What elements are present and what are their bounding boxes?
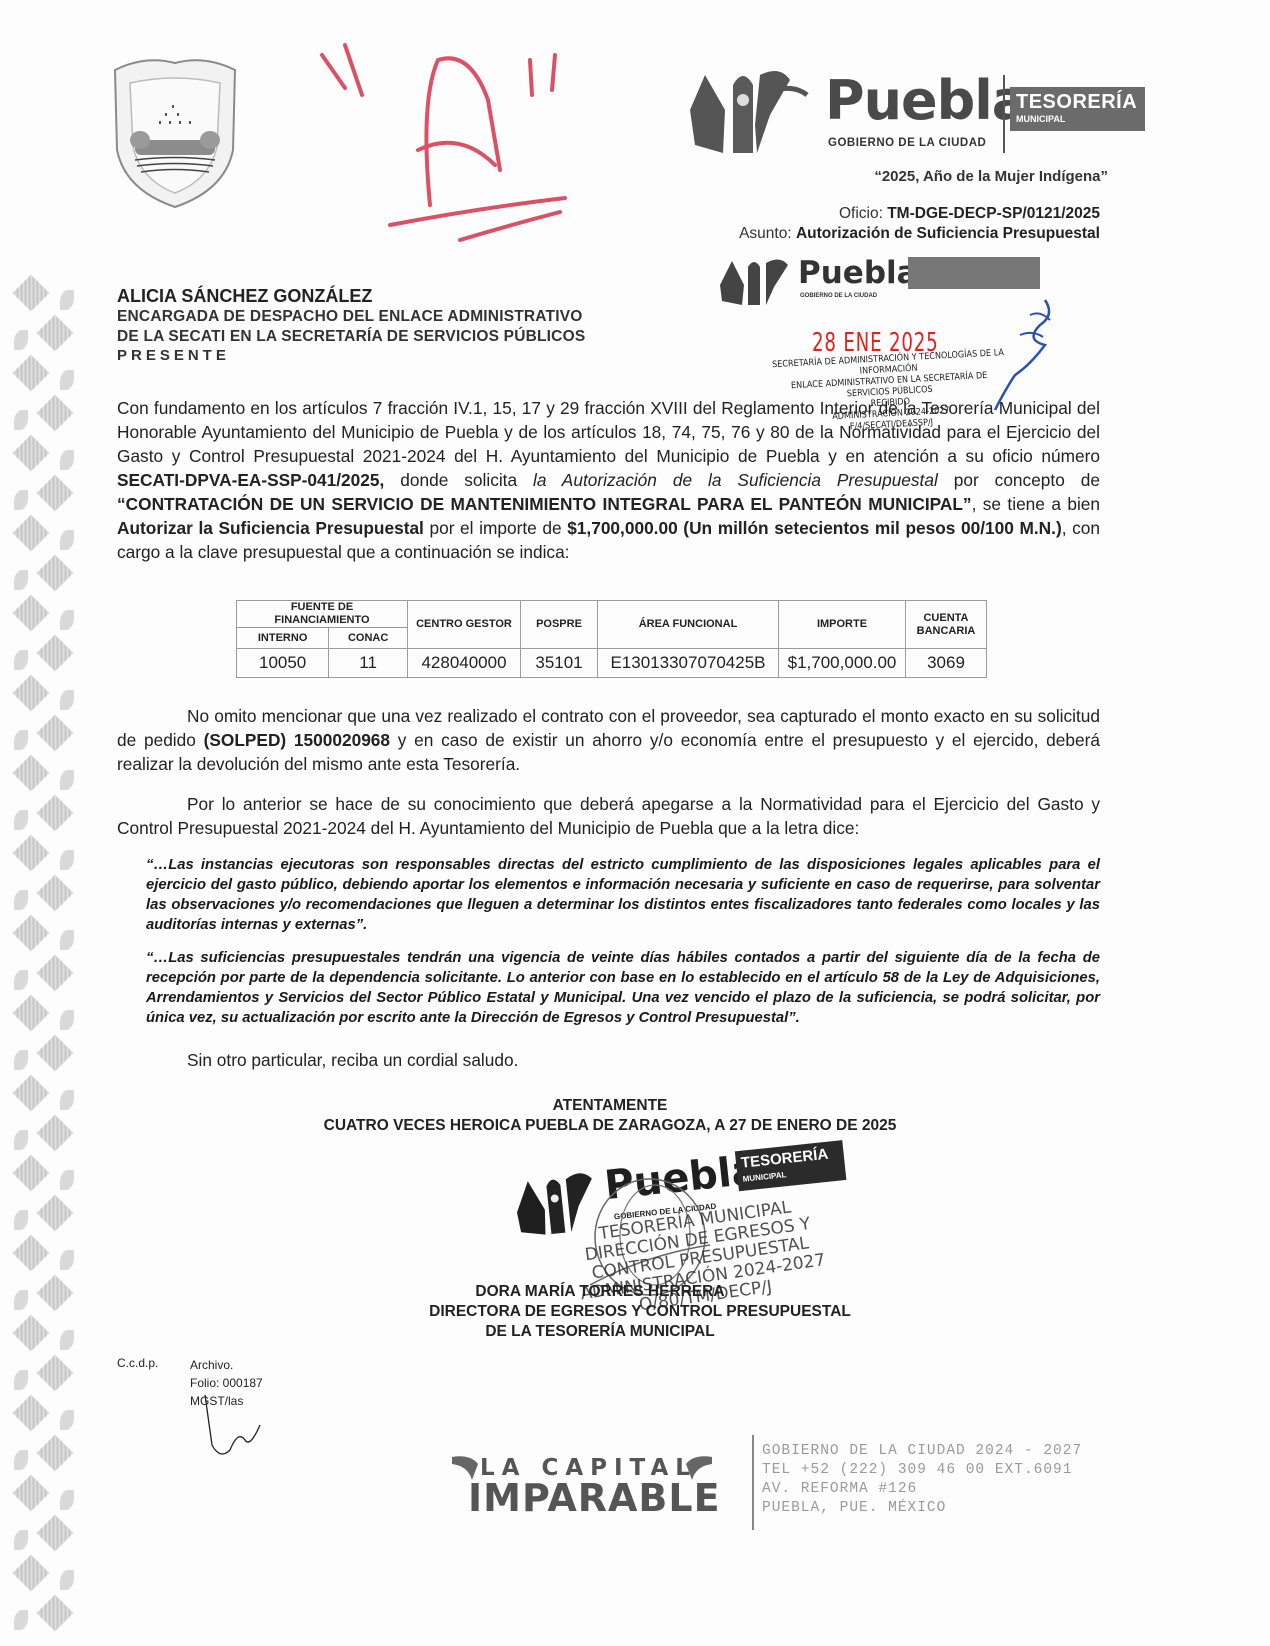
footer-address: GOBIERNO DE LA CIUDAD 2024 - 2027 TEL +5… (762, 1442, 1082, 1518)
presente-label: PRESENTE (117, 347, 585, 365)
atentamente-label: ATENTAMENTE (0, 1097, 1220, 1115)
col-area-funcional: ÁREA FUNCIONAL (598, 601, 779, 649)
city-landmarks-icon (718, 255, 798, 307)
regulation-quote-2: “…Las suficiencias presupuestales tendrá… (146, 948, 1100, 1028)
col-importe: IMPORTE (779, 601, 906, 649)
decorative-border (0, 280, 92, 1646)
city-date-line: CUATRO VECES HEROICA PUEBLA DE ZARAGOZA,… (0, 1117, 1220, 1135)
logo-wordmark: Puebla (825, 69, 1027, 132)
body-paragraph-1: Con fundamento en los artículos 7 fracci… (117, 396, 1100, 564)
signer-title: DIRECTORA DE EGRESOS Y CONTROL PRESUPUES… (0, 1303, 1270, 1321)
solped-number: (SOLPED) 1500020968 (204, 730, 390, 750)
oficio-number: TM-DGE-DECP-SP/0121/2025 (887, 205, 1100, 222)
request-oficio-number: SECATI-DPVA-EA-SSP-041/2025, (117, 470, 384, 490)
body-paragraph-2: No omito mencionar que una vez realizado… (117, 704, 1100, 776)
concept: “CONTRATACIÓN DE UN SERVICIO DE MANTENIM… (117, 494, 972, 514)
addressee-block: ALICIA SÁNCHEZ GONZÁLEZ ENCARGADA DE DES… (117, 286, 585, 365)
col-cuenta-bancaria: CUENTA BANCARIA (906, 601, 987, 649)
addressee-role-line2: DE LA SECATI EN LA SECRETARÍA DE SERVICI… (117, 327, 585, 347)
col-pospre: POSPRE (521, 601, 598, 649)
year-motto: “2025, Año de la Mujer Indígena” (874, 168, 1108, 185)
signer-name: DORA MARÍA TORRES HERRERA (0, 1283, 1200, 1301)
col-interno: INTERNO (237, 628, 329, 649)
oficio-reference: Oficio: TM-DGE-DECP-SP/0121/2025 (839, 205, 1100, 223)
stamp-badge (908, 257, 1040, 289)
city-landmarks-icon (685, 65, 810, 155)
la-capital-imparable-logo: LA CAPITAL IMPARABLE (450, 1452, 720, 1532)
ccdp-label: C.c.d.p. (117, 1356, 158, 1370)
regulation-quote-1: “…Las instancias ejecutoras son responsa… (146, 855, 1100, 935)
authorized-amount: $1,700,000.00 (Un millón setecientos mil… (567, 518, 1062, 538)
handwritten-annotation-mark (320, 40, 570, 250)
footer-divider (752, 1435, 754, 1530)
budget-key-table: FUENTE DE FINANCIAMIENTO CENTRO GESTOR P… (236, 600, 987, 678)
puebla-tesoreria-logo: Puebla GOBIERNO DE LA CIUDAD TESORERÍA M… (685, 65, 1145, 165)
addressee-role-line1: ENCARGADA DE DESPACHO DEL ENLACE ADMINIS… (117, 307, 585, 327)
logo-subtitle: GOBIERNO DE LA CIUDAD (828, 137, 986, 149)
logo-divider (1003, 75, 1005, 153)
table-row: 10050 11 428040000 35101 E13013307070425… (237, 649, 987, 678)
tesoreria-badge: TESORERÍA MUNICIPAL (1010, 87, 1145, 131)
signer-department: DE LA TESORERÍA MUNICIPAL (0, 1323, 1200, 1341)
subject-line: Asunto: Autorización de Suficiencia Pres… (739, 225, 1100, 243)
addressee-name: ALICIA SÁNCHEZ GONZÁLEZ (117, 286, 585, 307)
col-conac: CONAC (329, 628, 408, 649)
col-centro-gestor: CENTRO GESTOR (408, 601, 521, 649)
closing-line: Sin otro particular, reciba un cordial s… (187, 1050, 518, 1071)
initials-signature (200, 1390, 270, 1465)
col-group-funding-source: FUENTE DE FINANCIAMIENTO (237, 601, 408, 628)
municipal-shield-icon (105, 55, 245, 210)
body-paragraph-3: Por lo anterior se hace de su conocimien… (117, 792, 1100, 840)
subject-value: Autorización de Suficiencia Presupuestal (796, 225, 1100, 242)
